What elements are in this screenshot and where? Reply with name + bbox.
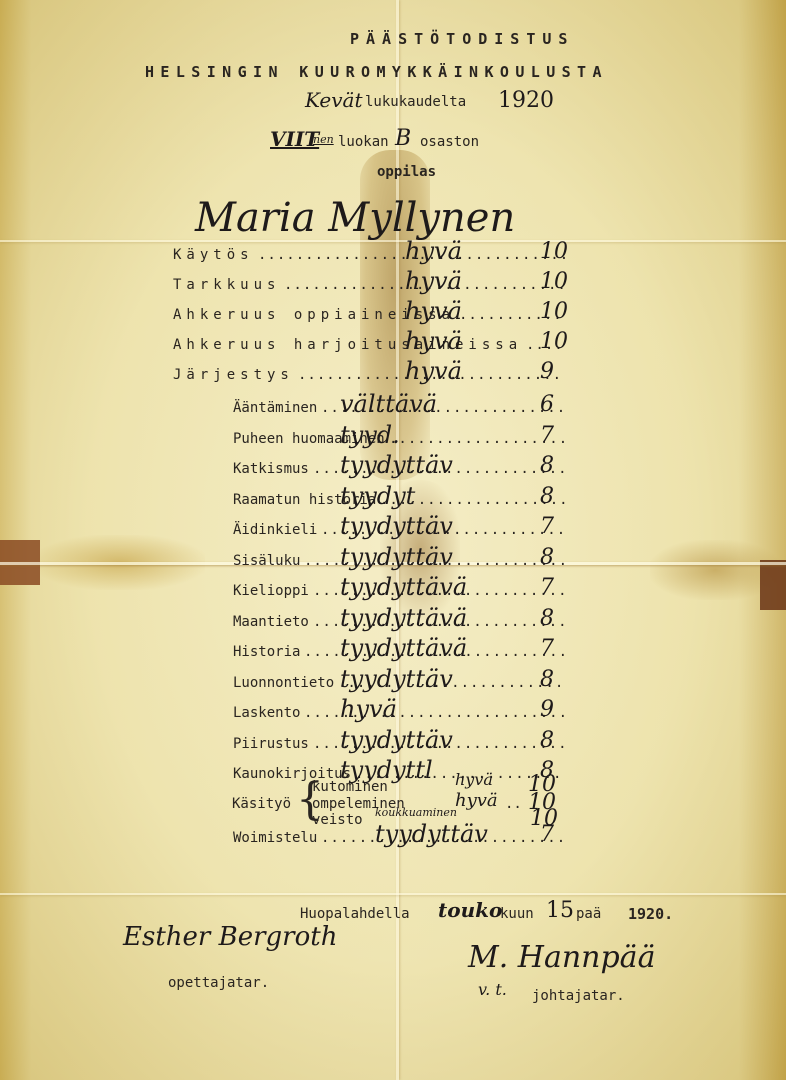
document-title: PÄÄSTÖTODISTUS: [350, 30, 574, 48]
place: Huopalahdella: [300, 906, 410, 922]
term-typed: lukukaudelta: [365, 94, 466, 110]
pupil-label: oppilas: [377, 164, 436, 180]
grade-row-label: Historia: [233, 644, 300, 660]
grade-word: tyydyttäv: [340, 543, 453, 571]
leader-dots: ........................................…: [389, 431, 565, 447]
grade-number: 9: [540, 697, 554, 722]
grade-word: välttävä: [340, 390, 437, 418]
handicraft-item-grade: 10: [530, 806, 558, 831]
day-suffix: paä: [576, 906, 601, 922]
director-signature: M. Hannpää: [468, 940, 655, 975]
day-handwritten: 15: [546, 898, 574, 923]
class-number: VIIT: [270, 127, 319, 151]
grade-row-label: Piirustus: [233, 736, 309, 752]
grade-word: tyydyttävä: [340, 634, 467, 662]
fold-line: [0, 893, 786, 895]
grade-row: Ahkeruus harjoitusaineissa..............…: [0, 337, 786, 361]
grade-row-label: Laskento: [233, 705, 300, 721]
grade-row: Käytös..................................…: [0, 247, 786, 271]
grade-row-label: Maantieto: [233, 614, 309, 630]
handicraft-item-label: veisto: [312, 812, 363, 828]
grade-word: tyydyttäv: [340, 451, 453, 479]
handicraft-item-word: hyvä: [455, 770, 493, 789]
grade-word: hyvä: [405, 357, 462, 385]
grade-row-label: Järjestys: [173, 367, 294, 383]
grade-row-label: Tarkkuus: [173, 277, 280, 293]
section-letter: B: [395, 126, 411, 151]
school-name: HELSINGIN KUUROMYKKÄINKOULUSTA: [145, 63, 608, 81]
grade-word: hyvä: [405, 297, 462, 325]
leader-dots: ..: [505, 796, 522, 812]
grade-row: Järjestys...............................…: [0, 367, 786, 391]
grade-number: 7: [540, 423, 554, 448]
month-suffix: kuun: [500, 906, 534, 922]
grade-row-label: Käytös: [173, 247, 254, 263]
grade-number: 8: [540, 545, 554, 570]
grade-row-label: Ahkeruus harjoitusaineissa: [173, 337, 522, 353]
handicraft-label: Käsityö: [232, 796, 291, 812]
handicraft-item-word: koukkuaminen: [375, 806, 457, 819]
grade-number: 10: [540, 299, 568, 324]
grade-word: tyydyttävä: [340, 573, 467, 601]
grade-word: tyydyttäv: [375, 820, 488, 848]
grade-word: tyydyttäv: [340, 726, 453, 754]
handicraft-item-label: kutominen: [312, 779, 388, 795]
grade-row-label: Kielioppi: [233, 583, 309, 599]
grade-number: 6: [540, 392, 554, 417]
director-prefix: v. t.: [478, 980, 507, 999]
grade-word: tyyd.: [340, 421, 400, 449]
grade-number: 8: [540, 728, 554, 753]
grade-row-label: Äidinkieli: [233, 522, 317, 538]
grade-row-label: Woimistelu: [233, 830, 317, 846]
grade-word: hyvä: [340, 695, 397, 723]
class-suffix: nen: [313, 133, 334, 146]
grade-row-label: Sisäluku: [233, 553, 300, 569]
grade-number: 7: [540, 575, 554, 600]
term-handwritten: Kevät: [305, 88, 363, 112]
date-year: 1920.: [628, 905, 673, 923]
director-title: johtajatar.: [532, 988, 625, 1004]
grade-number: 10: [540, 329, 568, 354]
grade-number: 10: [540, 239, 568, 264]
handicraft-item-word: hyvä: [455, 790, 498, 811]
section-typed: osaston: [420, 134, 479, 150]
term-year: 1920: [498, 88, 554, 113]
grade-number: 9: [540, 359, 554, 384]
grade-word: hyvä: [405, 267, 462, 295]
grade-word: tyydyttäv: [340, 665, 453, 693]
grade-row: Tarkkuus................................…: [0, 277, 786, 301]
month-handwritten: touko: [438, 898, 502, 922]
grade-number: 7: [540, 514, 554, 539]
grade-number: 7: [540, 636, 554, 661]
grade-row: Ahkeruus oppiaineissa...................…: [0, 307, 786, 331]
grade-number: 8: [540, 484, 554, 509]
grade-word: tyydyttäv: [340, 512, 453, 540]
teacher-title: opettajatar.: [168, 975, 269, 991]
teacher-signature: Esther Bergroth: [123, 922, 337, 952]
grade-word: tyydyt: [340, 482, 415, 510]
pupil-name: Maria Myllynen: [195, 195, 515, 241]
grade-row-label: Katkismus: [233, 461, 309, 477]
grade-word: hyvä: [405, 327, 462, 355]
grade-row: Kaunokirjoitus..........................…: [0, 766, 786, 790]
grade-word: tyydyttävä: [340, 604, 467, 632]
grade-number: 8: [540, 667, 554, 692]
grade-row-label: Luonnontieto: [233, 675, 334, 691]
grade-row: Woimistelu..............................…: [0, 830, 786, 854]
grade-number: 8: [540, 606, 554, 631]
grade-row-label: Ääntäminen: [233, 400, 317, 416]
grade-number: 8: [540, 453, 554, 478]
class-typed: luokan: [338, 134, 389, 150]
grade-number: 10: [540, 269, 568, 294]
grade-word: hyvä: [405, 237, 462, 265]
